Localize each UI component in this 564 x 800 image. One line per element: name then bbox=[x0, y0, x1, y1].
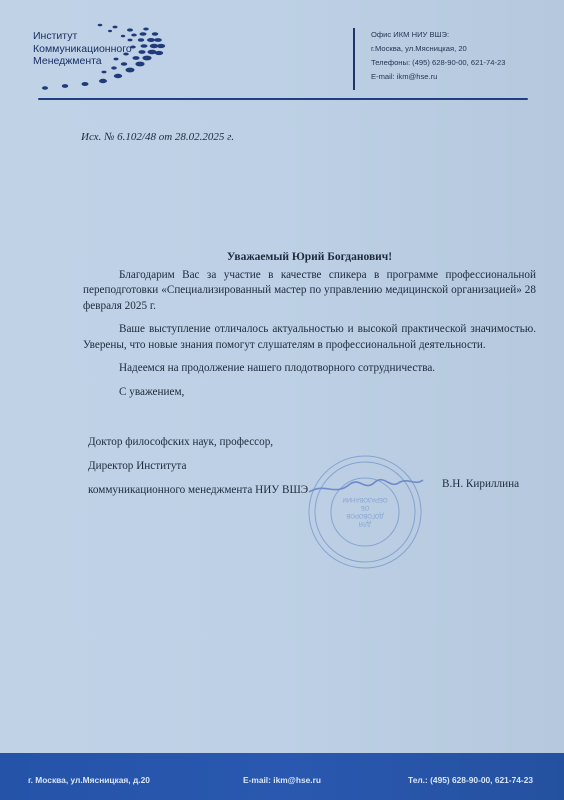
letter-body: Уважаемый Юрий Богданович! Благодарим Ва… bbox=[83, 250, 536, 408]
official-stamp-icon: ДЛЯ ДОГОВОРОВ ОБ ОБРАЗОВАНИИ bbox=[305, 452, 425, 572]
closing: С уважением, bbox=[83, 385, 536, 401]
office-email: E-mail: ikm@hse.ru bbox=[371, 70, 505, 84]
header-divider bbox=[38, 98, 528, 100]
logo-line: Менеджмента bbox=[33, 55, 132, 68]
institute-name: Институт Коммуникационного Менеджмента bbox=[33, 30, 132, 68]
salutation: Уважаемый Юрий Богданович! bbox=[83, 250, 536, 266]
letter-page: Институт Коммуникационного Менеджмента О… bbox=[0, 0, 564, 800]
office-contacts: Офис ИКМ НИУ ВШЭ: г.Москва, ул.Мясницкая… bbox=[353, 28, 505, 90]
footer-email: E-mail: ikm@hse.ru bbox=[243, 775, 321, 785]
signatory-block: Доктор философских наук, профессор, Дире… bbox=[88, 430, 308, 502]
stamp-text: ОБ bbox=[361, 504, 370, 510]
signatory-name: В.Н. Кириллина bbox=[442, 478, 519, 490]
paragraph: Ваше выступление отличалось актуальность… bbox=[83, 322, 536, 353]
signatory-position: Директор Института bbox=[88, 454, 308, 478]
logo-line: Институт bbox=[33, 30, 132, 43]
logo-line: Коммуникационного bbox=[33, 43, 132, 56]
outgoing-reference: Исх. № 6.102/48 от 28.02.2025 г. bbox=[81, 131, 234, 143]
office-phones: Телефоны: (495) 628-90-00, 621-74-23 bbox=[371, 56, 505, 70]
signatory-org: коммуникационного менеджмента НИУ ВШЭ bbox=[88, 478, 308, 502]
footer-phones: Тел.: (495) 628-90-00, 621-74-23 bbox=[408, 775, 533, 785]
office-title: Офис ИКМ НИУ ВШЭ: bbox=[371, 28, 505, 42]
paragraph: Благодарим Вас за участие в качестве спи… bbox=[83, 268, 536, 315]
stamp-text: ОБРАЗОВАНИИ bbox=[342, 496, 387, 502]
footer-bar: г. Москва, ул.Мясницкая, д.20 E-mail: ik… bbox=[0, 753, 564, 800]
signature-scribble-icon bbox=[309, 480, 423, 492]
stamp-text: ДЛЯ bbox=[359, 520, 371, 526]
paragraph: Надеемся на продолжение нашего плодотвор… bbox=[83, 361, 536, 377]
stamp-text: ДОГОВОРОВ bbox=[346, 512, 383, 518]
office-address: г.Москва, ул.Мясницкая, 20 bbox=[371, 42, 505, 56]
signatory-degree: Доктор философских наук, профессор, bbox=[88, 430, 308, 454]
footer-address: г. Москва, ул.Мясницкая, д.20 bbox=[28, 775, 150, 785]
